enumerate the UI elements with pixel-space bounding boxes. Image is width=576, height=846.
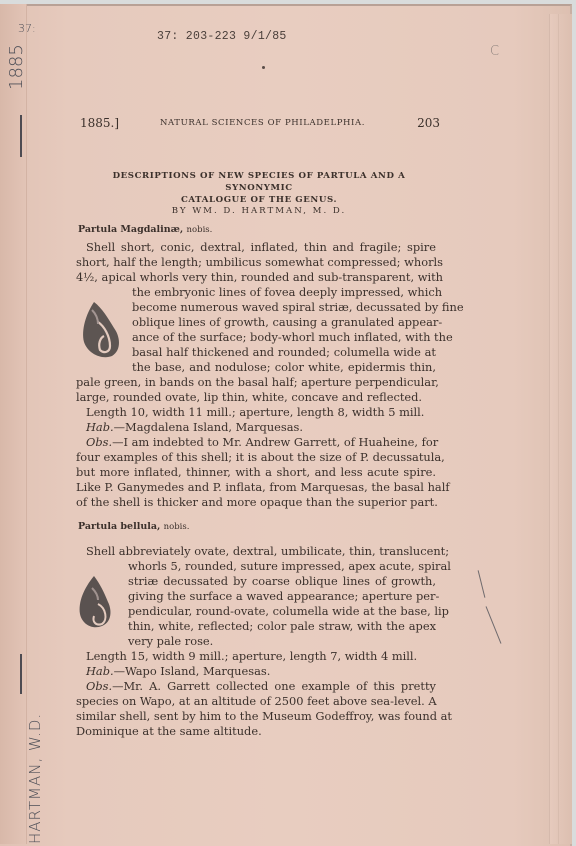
article-byline: BY WM. D. HARTMAN, M. D.: [78, 206, 440, 216]
desc-line: Shell short, conic, dextral, inflated, t…: [76, 240, 436, 255]
catalog-stamp: 37: 203-223 9/1/85: [157, 30, 287, 43]
observation: Obs.—I am indebted to Mr. Andrew Garrett…: [76, 435, 436, 450]
desc-line: the base, and nodulose; color white, epi…: [76, 360, 436, 375]
hab-label: Hab.: [86, 664, 114, 678]
article-title-line-1: DESCRIPTIONS OF NEW SPECIES OF PARTULA A…: [78, 170, 440, 194]
desc-line: short, half the length; umbilicus somewh…: [76, 255, 436, 270]
hab-value: —Wapo Island, Marquesas.: [114, 664, 271, 678]
running-head-year: 1885.]: [80, 116, 119, 130]
running-head: 1885.] NATURAL SCIENCES OF PHILADELPHIA.…: [80, 116, 440, 132]
habitat: Hab.—Magdalena Island, Marquesas.: [76, 420, 436, 435]
desc-line: large, rounded ovate, lip thin, white, c…: [76, 390, 436, 405]
hab-value: —Magdalena Island, Marquesas.: [114, 420, 303, 434]
corner-pencil-mark: C: [490, 44, 499, 59]
article-title-line-2: CATALOGUE OF THE GENUS.: [78, 194, 440, 206]
desc-line: whorls 5, rounded, suture impressed, ape…: [76, 559, 436, 574]
measurements: Length 15, width 9 mill.; aperture, leng…: [76, 649, 436, 664]
obs-line: of the shell is thicker and more opaque …: [76, 495, 436, 510]
obs-line: species on Wapo, at an altitude of 2500 …: [76, 694, 436, 709]
obs-line: Like P. Ganymedes and P. inflata, from M…: [76, 480, 436, 495]
desc-line: basal half thickened and rounded; colume…: [76, 345, 436, 360]
obs-label: Obs.: [86, 435, 112, 449]
spine-author-note: HARTMAN, W.D.: [26, 713, 44, 844]
obs-line: but more inflated, thinner, with a short…: [76, 465, 436, 480]
obs-line: —Mr. A. Garrett collected one example of…: [112, 679, 436, 693]
obs-line: —I am indebted to Mr. Andrew Garrett, of…: [112, 435, 438, 449]
habitat: Hab.—Wapo Island, Marquesas.: [76, 664, 436, 679]
desc-line: very pale rose.: [76, 634, 436, 649]
obs-line: four examples of this shell; it is about…: [76, 450, 436, 465]
spine-volume-note: 37:: [18, 22, 36, 35]
obs-label: Obs.: [86, 679, 112, 693]
ink-speck: [262, 66, 265, 69]
measurements: Length 10, width 11 mill.; aperture, len…: [76, 405, 436, 420]
desc-line: pendicular, round-ovate, columella wide …: [76, 604, 436, 619]
running-head-journal: NATURAL SCIENCES OF PHILADELPHIA.: [160, 118, 365, 128]
desc-line: the embryonic lines of fovea deeply impr…: [76, 285, 436, 300]
species-description: Shell abbreviately ovate, dextral, umbil…: [76, 544, 436, 739]
desc-line: oblique lines of growth, causing a granu…: [76, 315, 436, 330]
species-authority: nobis.: [187, 225, 213, 235]
species-description: Shell short, conic, dextral, inflated, t…: [76, 240, 436, 510]
species-authority: nobis.: [164, 522, 190, 532]
desc-line: giving the surface a waved appearance; a…: [76, 589, 436, 604]
article-title: DESCRIPTIONS OF NEW SPECIES OF PARTULA A…: [78, 170, 440, 206]
obs-line: Dominique at the same altitude.: [76, 724, 436, 739]
species-heading: Partula Magdalinæ, nobis.: [78, 224, 212, 235]
observation: Obs.—Mr. A. Garrett collected one exampl…: [76, 679, 436, 694]
species-heading: Partula bellula, nobis.: [78, 521, 189, 532]
pencil-bar-top: [20, 115, 22, 157]
page-number: 203: [417, 116, 440, 130]
binding-spine: [0, 4, 27, 844]
desc-line: thin, white, reflected; color pale straw…: [76, 619, 436, 634]
desc-line: ance of the surface; body-whorl much inf…: [76, 330, 436, 345]
desc-line: become numerous waved spiral striæ, decu…: [76, 300, 436, 315]
obs-line: similar shell, sent by him to the Museum…: [76, 709, 436, 724]
desc-line: 4½, apical whorls very thin, rounded and…: [76, 270, 436, 285]
spine-year-note: 1885: [6, 44, 27, 90]
desc-line: striæ decussated by coarse oblique lines…: [76, 574, 436, 589]
pencil-bar-bottom: [20, 654, 22, 694]
hab-label: Hab.: [86, 420, 114, 434]
species-name: Partula Magdalinæ,: [78, 224, 183, 235]
desc-line: Shell abbreviately ovate, dextral, umbil…: [76, 544, 436, 559]
page-edge-stack: [549, 14, 572, 844]
species-name: Partula bellula,: [78, 521, 160, 532]
desc-line: pale green, in bands on the basal half; …: [76, 375, 436, 390]
